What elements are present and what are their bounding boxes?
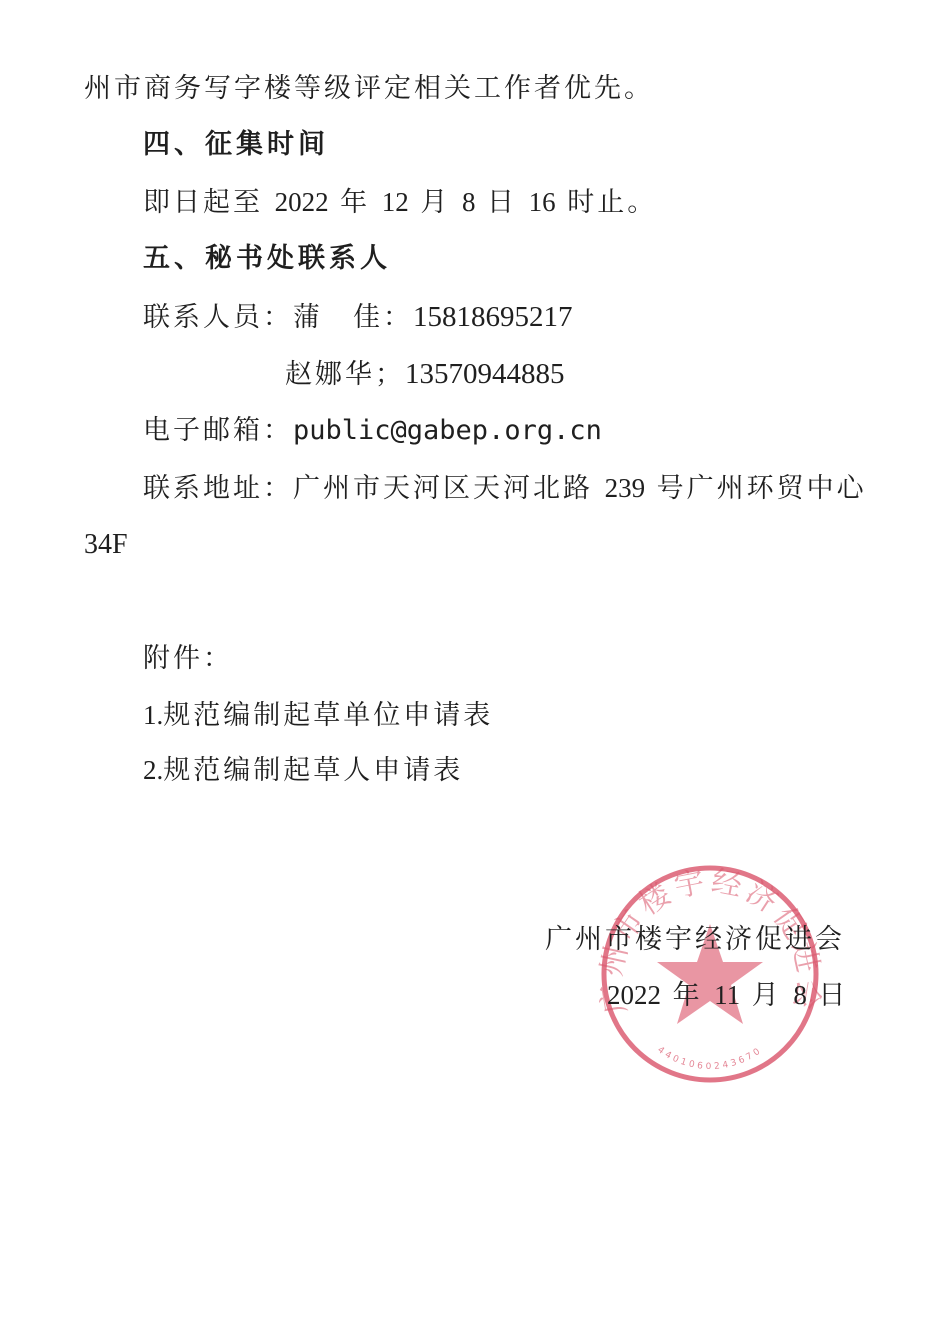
year: 2022 [275, 187, 329, 217]
address-continuation: 34F [84, 528, 128, 562]
attachment-title: 规范编制起草人申请表 [163, 755, 463, 786]
text: 时止。 [556, 187, 658, 218]
hour: 16 [529, 187, 556, 217]
official-seal-icon: 广州市楼宇经济促进会 4401060243670 [598, 862, 822, 1086]
continuation-line: 州市商务写字楼等级评定相关工作者优先。 [84, 72, 654, 106]
section5-heading: 五、秘书处联系人 [143, 242, 391, 276]
attachment-item-2: 2.规范编制起草人申请表 [143, 753, 463, 788]
date-day: 8 [793, 980, 807, 1010]
signature-date: 2022 年 11 月 8 日 [607, 978, 848, 1013]
contacts-label: 联系人员： [143, 302, 293, 333]
address-number: 239 [605, 473, 646, 503]
contact-phone: 13570944885 [405, 358, 565, 390]
contact-phone: 15818695217 [413, 301, 573, 333]
month: 12 [382, 187, 409, 217]
section4-body: 即日起至 2022 年 12 月 8 日 16 时止。 [143, 185, 657, 220]
email-label: 电子邮箱： [143, 415, 293, 446]
contact-name: 赵娜华； [285, 359, 405, 390]
contact-name: 蒲 佳： [293, 302, 413, 333]
contact-row-1: 联系人员：蒲 佳：15818695217 [143, 300, 573, 335]
attachment-title: 规范编制起草单位申请表 [163, 700, 493, 731]
text: 年 [329, 187, 382, 218]
email-link[interactable]: public@gabep.org.cn [293, 415, 602, 446]
attachments-label: 附件： [143, 642, 233, 676]
text: 即日起至 [143, 187, 275, 218]
address-text: 号广州环贸中心 [645, 473, 867, 504]
address-label: 联系地址： [143, 473, 293, 504]
email-row: 电子邮箱：public@gabep.org.cn [143, 414, 602, 448]
address-row: 联系地址：广州市天河区天河北路 239 号广州环贸中心 [143, 471, 867, 506]
attachment-item-1: 1.规范编制起草单位申请表 [143, 698, 493, 733]
text: 日 [475, 187, 528, 218]
address-text: 广州市天河区天河北路 [293, 473, 605, 504]
day: 8 [462, 187, 476, 217]
text: 月 [409, 187, 462, 218]
section4-heading: 四、征集时间 [143, 128, 329, 162]
attachment-index: 1. [143, 700, 163, 730]
contact-row-2: 赵娜华；13570944885 [285, 357, 565, 392]
date-year: 2022 [607, 980, 661, 1010]
attachment-index: 2. [143, 755, 163, 785]
signature-organization: 广州市楼宇经济促进会 [545, 923, 845, 957]
svg-text:4401060243670: 4401060243670 [655, 1045, 764, 1072]
date-month: 11 [714, 980, 740, 1010]
